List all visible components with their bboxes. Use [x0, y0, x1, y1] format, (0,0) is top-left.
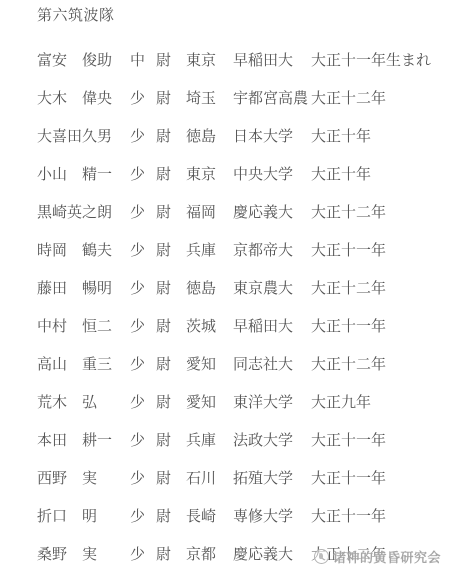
birth-year: 大正九年 [311, 391, 452, 412]
prefecture: 徳島 [186, 277, 233, 298]
roster-row: 桑野 実 少 尉 京都 慶応義大 大正十二年 [37, 534, 452, 572]
person-name: 大木 偉央 [37, 87, 130, 108]
prefecture: 茨城 [186, 315, 233, 336]
prefecture: 石川 [186, 467, 233, 488]
prefecture: 徳島 [186, 125, 233, 146]
university: 日本大学 [233, 125, 311, 146]
birth-year: 大正十一年 [311, 239, 452, 260]
prefecture: 埼玉 [186, 87, 233, 108]
document-page: 第六筑波隊 富安 俊助 中 尉 東京 早稲田大 大正十一年生まれ 大木 偉央 少… [0, 0, 452, 579]
prefecture: 兵庫 [186, 239, 233, 260]
university: 中央大学 [233, 163, 311, 184]
person-name: 大喜田久男 [37, 125, 130, 146]
prefecture: 愛知 [186, 353, 233, 374]
rank-title: 尉 [156, 87, 186, 108]
university: 東京農大 [233, 277, 311, 298]
university: 早稲田大 [233, 49, 311, 70]
person-name: 桑野 実 [37, 543, 130, 564]
birth-year: 大正十一年 [311, 467, 452, 488]
rank-grade: 少 [130, 429, 156, 450]
roster-row: 黒崎英之朗 少 尉 福岡 慶応義大 大正十二年 [37, 192, 452, 230]
university: 京都帝大 [233, 239, 311, 260]
university: 慶応義大 [233, 543, 311, 564]
roster-row: 時岡 鶴夫 少 尉 兵庫 京都帝大 大正十一年 [37, 230, 452, 268]
birth-year: 大正十二年 [311, 87, 452, 108]
roster-row: 中村 恒二 少 尉 茨城 早稲田大 大正十一年 [37, 306, 452, 344]
prefecture: 東京 [186, 49, 233, 70]
rank-grade: 少 [130, 543, 156, 564]
birth-year: 大正十二年 [311, 201, 452, 222]
prefecture: 福岡 [186, 201, 233, 222]
roster-row: 富安 俊助 中 尉 東京 早稲田大 大正十一年生まれ [37, 40, 452, 78]
rank-title: 尉 [156, 391, 186, 412]
roster-row: 西野 実 少 尉 石川 拓殖大学 大正十一年 [37, 458, 452, 496]
person-name: 藤田 暢明 [37, 277, 130, 298]
birth-year: 大正十二年 [311, 353, 452, 374]
rank-title: 尉 [156, 315, 186, 336]
rank-grade: 少 [130, 87, 156, 108]
rank-title: 尉 [156, 543, 186, 564]
birth-year: 大正十一年生まれ [311, 49, 452, 70]
university: 早稲田大 [233, 315, 311, 336]
rank-grade: 少 [130, 315, 156, 336]
rank-title: 尉 [156, 467, 186, 488]
person-name: 小山 精一 [37, 163, 130, 184]
person-name: 本田 耕一 [37, 429, 130, 450]
rank-grade: 少 [130, 277, 156, 298]
university: 拓殖大学 [233, 467, 311, 488]
rank-title: 尉 [156, 505, 186, 526]
birth-year: 大正十一年 [311, 505, 452, 526]
birth-year: 大正十一年 [311, 315, 452, 336]
rank-title: 尉 [156, 125, 186, 146]
university: 専修大学 [233, 505, 311, 526]
university: 東洋大学 [233, 391, 311, 412]
birth-year: 大正十年 [311, 163, 452, 184]
person-name: 富安 俊助 [37, 49, 130, 70]
roster-list: 富安 俊助 中 尉 東京 早稲田大 大正十一年生まれ 大木 偉央 少 尉 埼玉 … [37, 40, 452, 572]
roster-row: 折口 明 少 尉 長崎 専修大学 大正十一年 [37, 496, 452, 534]
rank-grade: 少 [130, 163, 156, 184]
rank-grade: 少 [130, 467, 156, 488]
rank-title: 尉 [156, 239, 186, 260]
person-name: 荒木 弘 [37, 391, 130, 412]
university: 慶応義大 [233, 201, 311, 222]
rank-title: 尉 [156, 201, 186, 222]
birth-year: 大正十二年 [311, 543, 452, 564]
rank-grade: 中 [130, 49, 156, 70]
rank-grade: 少 [130, 239, 156, 260]
university: 法政大学 [233, 429, 311, 450]
rank-grade: 少 [130, 125, 156, 146]
person-name: 西野 実 [37, 467, 130, 488]
roster-row: 大喜田久男 少 尉 徳島 日本大学 大正十年 [37, 116, 452, 154]
rank-grade: 少 [130, 391, 156, 412]
prefecture: 東京 [186, 163, 233, 184]
rank-grade: 少 [130, 201, 156, 222]
birth-year: 大正十一年 [311, 429, 452, 450]
rank-title: 尉 [156, 353, 186, 374]
prefecture: 愛知 [186, 391, 233, 412]
prefecture: 長崎 [186, 505, 233, 526]
person-name: 高山 重三 [37, 353, 130, 374]
rank-grade: 少 [130, 353, 156, 374]
birth-year: 大正十年 [311, 125, 452, 146]
rank-title: 尉 [156, 49, 186, 70]
person-name: 時岡 鶴夫 [37, 239, 130, 260]
person-name: 黒崎英之朗 [37, 201, 130, 222]
rank-title: 尉 [156, 429, 186, 450]
university: 宇都宮高農 [233, 87, 311, 108]
prefecture: 京都 [186, 543, 233, 564]
roster-row: 本田 耕一 少 尉 兵庫 法政大学 大正十一年 [37, 420, 452, 458]
rank-title: 尉 [156, 277, 186, 298]
birth-year: 大正十二年 [311, 277, 452, 298]
page-title: 第六筑波隊 [37, 8, 452, 24]
roster-row: 小山 精一 少 尉 東京 中央大学 大正十年 [37, 154, 452, 192]
university: 同志社大 [233, 353, 311, 374]
roster-row: 高山 重三 少 尉 愛知 同志社大 大正十二年 [37, 344, 452, 382]
rank-title: 尉 [156, 163, 186, 184]
roster-row: 大木 偉央 少 尉 埼玉 宇都宮高農 大正十二年 [37, 78, 452, 116]
person-name: 折口 明 [37, 505, 130, 526]
prefecture: 兵庫 [186, 429, 233, 450]
roster-row: 藤田 暢明 少 尉 徳島 東京農大 大正十二年 [37, 268, 452, 306]
person-name: 中村 恒二 [37, 315, 130, 336]
rank-grade: 少 [130, 505, 156, 526]
roster-row: 荒木 弘 少 尉 愛知 東洋大学 大正九年 [37, 382, 452, 420]
